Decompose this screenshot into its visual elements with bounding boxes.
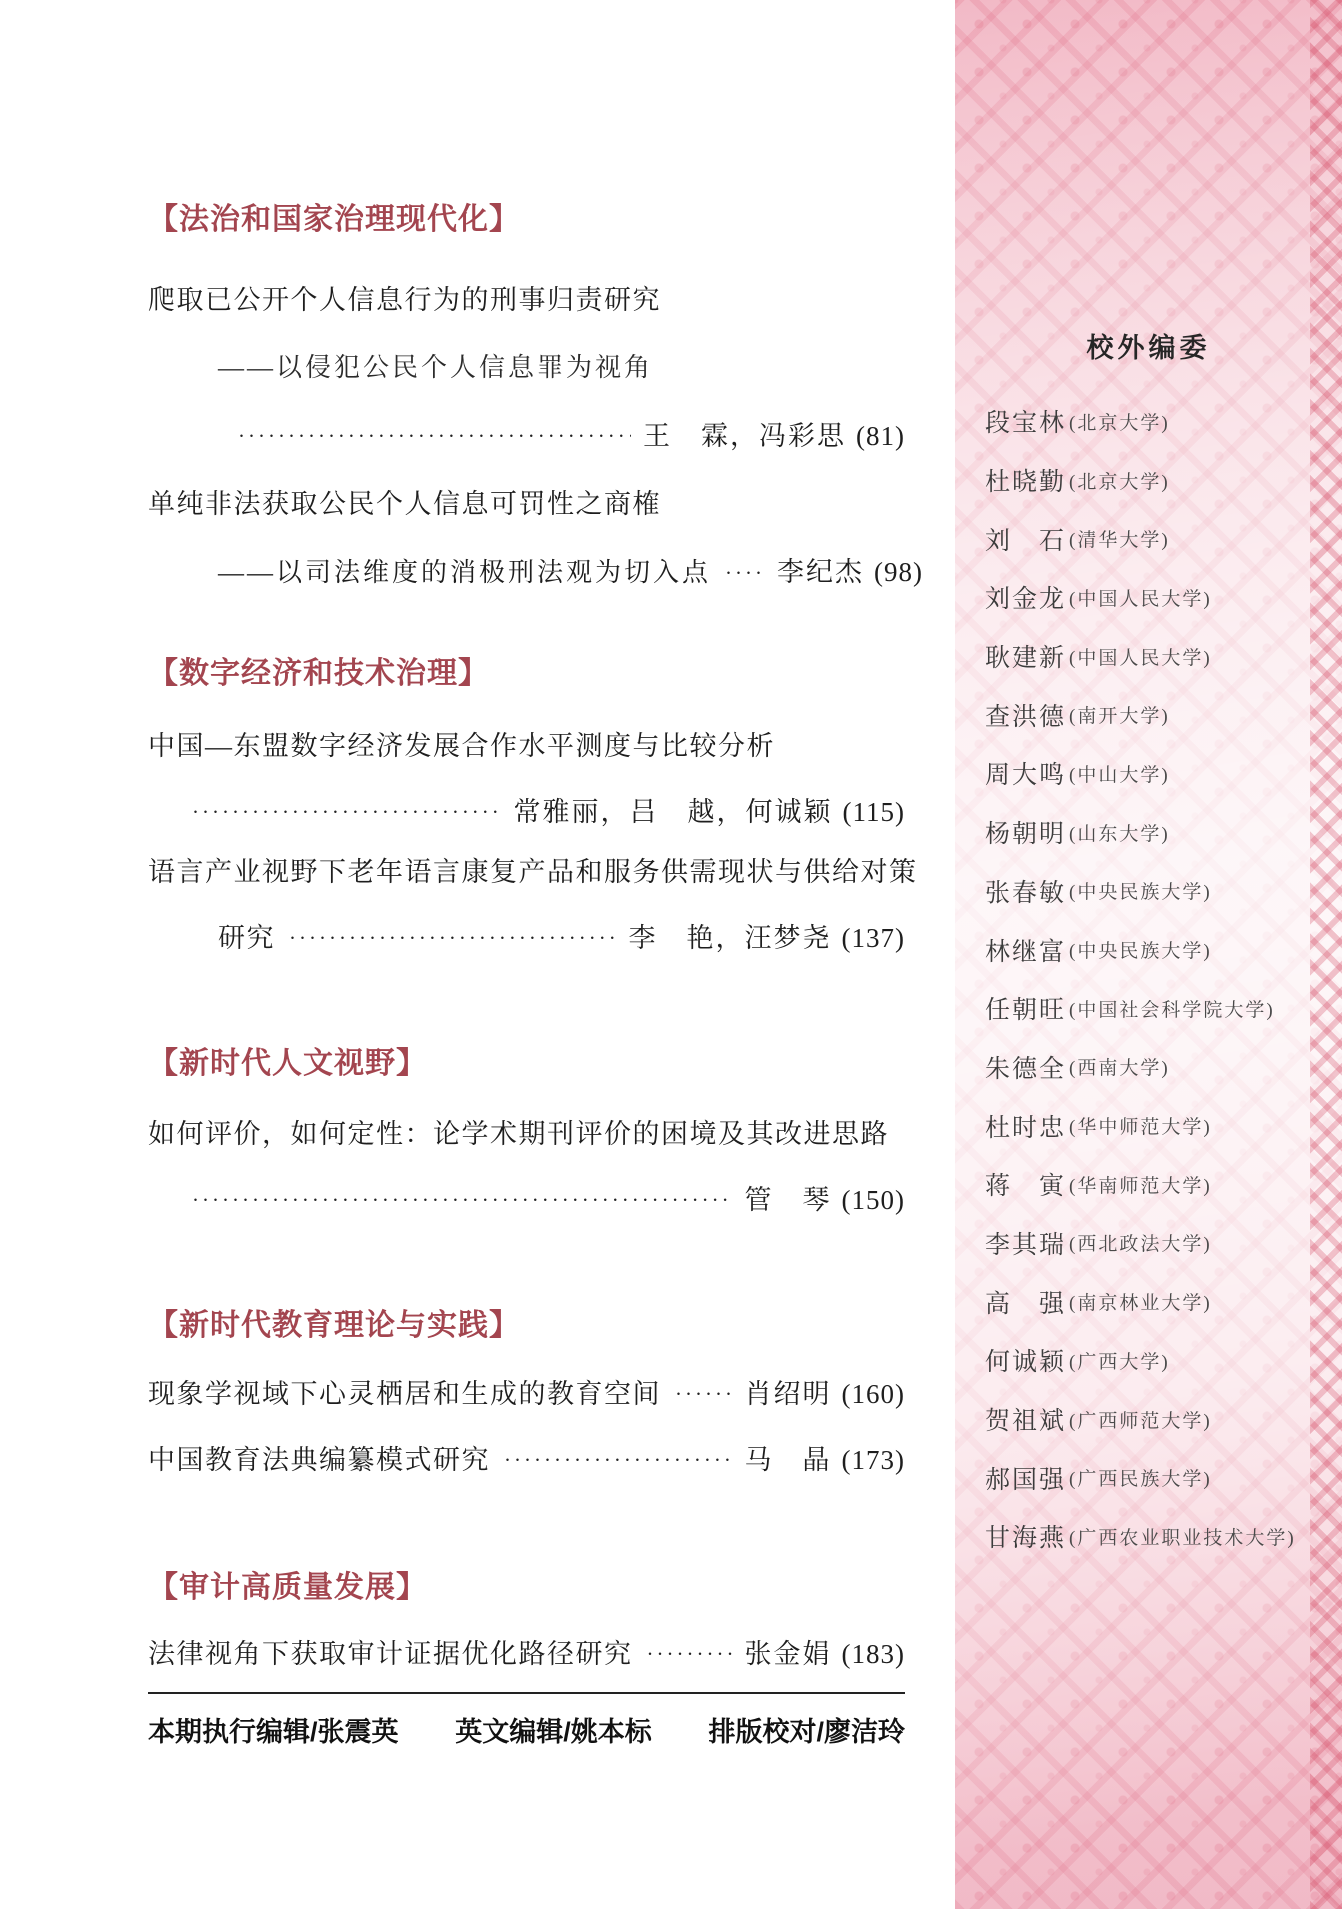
member-name: 张春敏 [985,873,1066,909]
member-name: 朱德全 [985,1049,1066,1085]
article-authors: 马 晶 [745,1440,832,1480]
article-author-line: ——以司法维度的消极刑法观为切入点 ······················… [218,552,905,593]
editorial-member-row: 任朝旺 (中国社会科学院大学) [985,979,1336,1038]
article-page-number: (98) [874,552,923,592]
article-page-number: (137) [842,918,905,958]
member-name: 李其瑞 [985,1225,1066,1261]
member-name: 杜晓勤 [985,462,1066,498]
member-affiliation: (中央民族大学) [1069,936,1212,963]
editorial-member-row: 张春敏 (中央民族大学) [985,862,1336,921]
member-name: 杜时忠 [985,1108,1066,1144]
toc-leader-dots: ········································… [238,416,631,456]
member-name: 刘 石 [985,521,1066,557]
article-authors: 李 艳，汪梦尧 [629,918,832,958]
editorial-member-row: 刘金龙 (中国人民大学) [985,568,1336,627]
article-title: 如何评价，如何定性：论学术期刊评价的困境及其改进思路 [148,1114,889,1154]
decorative-brocade-sidebar: 校外编委 段宝林 (北京大学) 杜晓勤 (北京大学) 刘 石 (清华大学) 刘金… [955,0,1342,1909]
article-title: 中国—东盟数字经济发展合作水平测度与比较分析 [148,726,775,766]
article-authors: 王 霖，冯彩思 [643,416,846,456]
article-subtitle: ——以侵犯公民个人信息罪为视角 [218,348,653,388]
article-page-number: (173) [842,1440,905,1480]
article-title: 中国教育法典编纂模式研究 [148,1440,490,1480]
member-name: 耿建新 [985,638,1066,674]
member-name: 任朝旺 [985,990,1066,1026]
article-title: 法律视角下获取审计证据优化路径研究 [148,1634,633,1674]
member-affiliation: (山东大学) [1069,819,1170,846]
editorial-member-row: 朱德全 (西南大学) [985,1038,1336,1097]
editorial-member-row: 刘 石 (清华大学) [985,509,1336,568]
member-name: 何诚颖 [985,1342,1066,1378]
article-title: 单纯非法获取公民个人信息可罚性之商榷 [148,484,661,524]
article-author-line: 中国教育法典编纂模式研究 ···························… [148,1440,905,1480]
member-affiliation: (广西农业职业技术大学) [1069,1523,1296,1550]
editorial-member-row: 贺祖斌 (广西师范大学) [985,1390,1336,1449]
article-authors: 常雅丽，吕 越，何诚颖 [514,792,833,832]
article-author-line: ········································… [192,1180,905,1220]
article-author-line: ········································… [238,416,905,456]
toc-leader-dots: ········································… [647,1634,733,1674]
section-heading: 【新时代教育理论与实践】 [148,1306,520,1346]
member-affiliation: (中国社会科学院大学) [1069,995,1275,1022]
toc-leader-dots: ········································… [675,1374,733,1414]
section-heading: 【审计高质量发展】 [148,1568,427,1608]
article-author-line: 研究 ·····································… [218,918,905,958]
sidebar-heading: 校外编委 [955,330,1342,366]
member-affiliation: (中央民族大学) [1069,877,1212,904]
member-affiliation: (北京大学) [1069,408,1170,435]
english-editor-credit: 英文编辑/姚本标 [455,1710,652,1754]
article-author-line: ········································… [192,792,905,832]
article-page-number: (183) [842,1634,905,1674]
editorial-member-row: 查洪德 (南开大学) [985,685,1336,744]
member-name: 郝国强 [985,1460,1066,1496]
editorial-member-row: 甘海燕 (广西农业职业技术大学) [985,1507,1336,1566]
article-title: 现象学视域下心灵栖居和生成的教育空间 [148,1374,661,1414]
editorial-member-row: 高 强 (南京林业大学) [985,1272,1336,1331]
editorial-member-row: 杜时忠 (华中师范大学) [985,1096,1336,1155]
member-name: 刘金龙 [985,579,1066,615]
member-affiliation: (华中师范大学) [1069,1112,1212,1139]
member-affiliation: (广西大学) [1069,1347,1170,1374]
member-name: 林继富 [985,932,1066,968]
member-name: 周大鸣 [985,755,1066,791]
editorial-member-row: 蒋 寅 (华南师范大学) [985,1155,1336,1214]
executive-editor-credit: 本期执行编辑/张震英 [148,1710,399,1754]
member-affiliation: (北京大学) [1069,467,1170,494]
member-affiliation: (广西师范大学) [1069,1406,1212,1433]
toc-leader-dots: ········································… [289,918,617,958]
member-name: 甘海燕 [985,1518,1066,1554]
journal-toc-page: { "colors": { "heading_red": "#a3454f", … [0,0,1342,1909]
member-affiliation: (南开大学) [1069,701,1170,728]
member-name: 蒋 寅 [985,1166,1066,1202]
article-page-number: (81) [856,416,905,456]
article-authors: 肖绍明 [745,1374,832,1414]
toc-leader-dots: ········································… [725,553,765,593]
proofreader-credit: 排版校对/廖洁玲 [708,1710,905,1754]
footer-credits: 本期执行编辑/张震英 英文编辑/姚本标 排版校对/廖洁玲 [148,1710,905,1754]
article-authors: 管 琴 [745,1180,832,1220]
member-affiliation: (广西民族大学) [1069,1464,1212,1491]
editorial-member-row: 林继富 (中央民族大学) [985,920,1336,979]
article-authors: 李纪杰 [777,552,864,592]
article-author-line: 法律视角下获取审计证据优化路径研究 ······················… [148,1634,905,1674]
member-affiliation: (西北政法大学) [1069,1229,1212,1256]
member-affiliation: (中国人民大学) [1069,584,1212,611]
toc-leader-dots: ········································… [192,792,502,832]
member-affiliation: (西南大学) [1069,1053,1170,1080]
member-name: 贺祖斌 [985,1401,1066,1437]
editorial-member-row: 李其瑞 (西北政法大学) [985,1214,1336,1273]
article-title-continued: 研究 [218,918,275,958]
article-subtitle: ——以司法维度的消极刑法观为切入点 [218,553,711,593]
member-name: 杨朝明 [985,814,1066,850]
section-heading: 【数字经济和技术治理】 [148,654,489,694]
article-author-line: 现象学视域下心灵栖居和生成的教育空间 ·····················… [148,1374,905,1414]
article-authors: 张金娟 [745,1634,832,1674]
editorial-member-row: 郝国强 (广西民族大学) [985,1448,1336,1507]
member-name: 高 强 [985,1284,1066,1320]
member-affiliation: (南京林业大学) [1069,1288,1212,1315]
editorial-member-row: 周大鸣 (中山大学) [985,744,1336,803]
member-affiliation: (中山大学) [1069,760,1170,787]
article-page-number: (160) [842,1374,905,1414]
article-title: 爬取已公开个人信息行为的刑事归责研究 [148,280,661,320]
member-affiliation: (中国人民大学) [1069,643,1212,670]
footer-divider [148,1692,905,1694]
toc-leader-dots: ········································… [192,1180,733,1220]
article-page-number: (150) [842,1180,905,1220]
member-name: 段宝林 [985,403,1066,439]
editorial-board-list: 段宝林 (北京大学) 杜晓勤 (北京大学) 刘 石 (清华大学) 刘金龙 (中国… [985,392,1336,1566]
editorial-member-row: 杨朝明 (山东大学) [985,803,1336,862]
member-name: 查洪德 [985,697,1066,733]
member-affiliation: (华南师范大学) [1069,1171,1212,1198]
editorial-member-row: 段宝林 (北京大学) [985,392,1336,451]
article-title: 语言产业视野下老年语言康复产品和服务供需现状与供给对策 [148,852,918,892]
article-page-number: (115) [843,792,905,832]
toc-leader-dots: ········································… [504,1440,733,1480]
section-heading: 【新时代人文视野】 [148,1044,427,1084]
editorial-member-row: 耿建新 (中国人民大学) [985,627,1336,686]
section-heading: 【法治和国家治理现代化】 [148,200,520,240]
member-affiliation: (清华大学) [1069,525,1170,552]
editorial-member-row: 何诚颖 (广西大学) [985,1331,1336,1390]
editorial-member-row: 杜晓勤 (北京大学) [985,451,1336,510]
